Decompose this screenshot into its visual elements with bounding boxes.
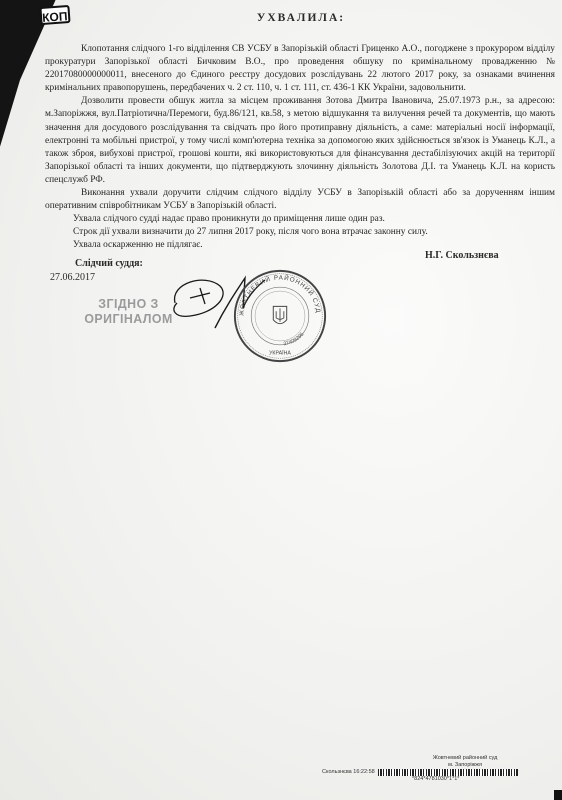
court-seal-icon: ЖОВТНЕВИЙ РАЙОННИЙ СУД МІСТА ЗАПОРІЖЖЯ У… <box>232 268 328 364</box>
svg-text:УКРАЇНА: УКРАЇНА <box>269 349 291 356</box>
barcode-icon <box>378 769 518 776</box>
clerk-name: Скользнєва <box>322 769 352 775</box>
document-page: КОПІЯ УХВАЛИЛА: Клопотання слідчого 1-го… <box>0 0 562 800</box>
document-title: УХВАЛИЛА: <box>0 12 562 24</box>
ruling-body: Клопотання слідчого 1-го відділення СВ У… <box>45 43 555 253</box>
print-time: 16:22:58 <box>353 769 374 775</box>
paragraph-motion: Клопотання слідчого 1-го відділення СВ У… <box>45 43 555 95</box>
svg-text:37409295: 37409295 <box>283 332 305 348</box>
ruling-date: 27.06.2017 <box>50 272 95 283</box>
paragraph-execution: Виконання ухвали доручити слідчим слідчо… <box>45 187 555 213</box>
judge-name: Н.Г. Скользнєва <box>425 250 499 261</box>
certified-copy-stamp: ЗГІДНО З ОРИГІНАЛОМ <box>84 296 172 326</box>
paragraph-validity: Строк дії ухвали визначити до 27 липня 2… <box>45 226 555 239</box>
judge-label: Слідчий суддя: <box>75 258 143 269</box>
paragraph-search-permission: Дозволити провести обшук житла за місцем… <box>45 95 555 187</box>
paragraph-entry-once: Ухвала слідчого судді надає право проник… <box>45 213 555 226</box>
barcode-number: *824*4781030*1*1* <box>412 776 459 782</box>
scan-corner-mark <box>554 790 562 800</box>
